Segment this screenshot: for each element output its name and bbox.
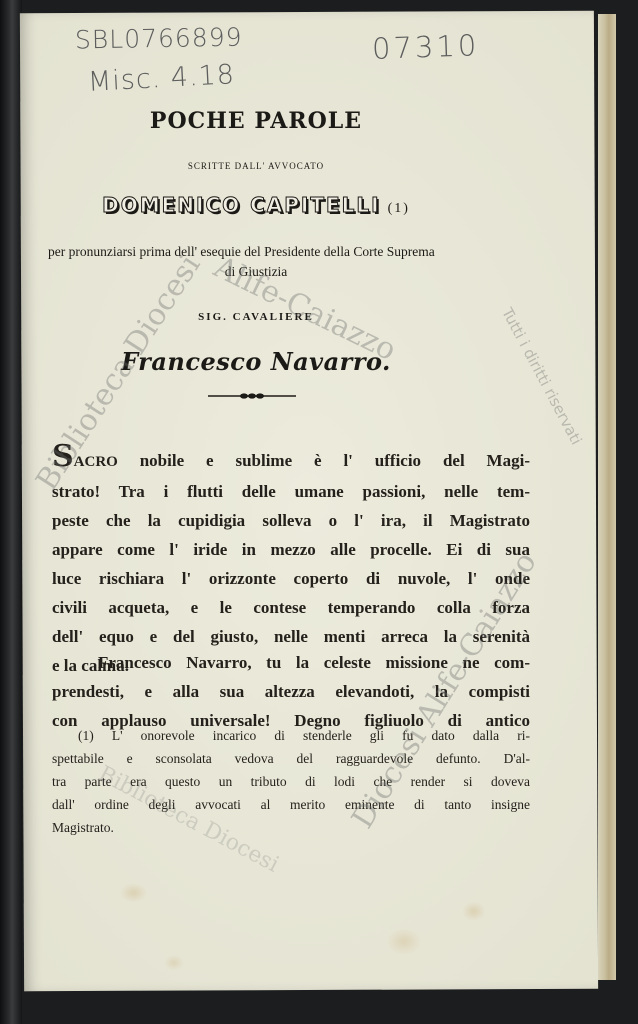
handwritten-shelfmark-id: SBL0766899 bbox=[75, 23, 243, 55]
handwritten-miscellanea: Misc. 4.18 bbox=[87, 59, 235, 98]
body-line: luce rischiara l' orizzonte coperto di n… bbox=[52, 564, 530, 593]
body-paragraph-2: Francesco Navarro, tu la celeste mission… bbox=[52, 648, 530, 735]
footnote-line: Magistrato. bbox=[52, 816, 530, 839]
footnote-line: (1) L' onorevole incarico di stenderle g… bbox=[52, 724, 530, 747]
occasion-line-2: di Giustizia bbox=[40, 264, 472, 280]
dropcap: S bbox=[52, 439, 74, 474]
body-line: civili acqueta, e le contese temperando … bbox=[52, 593, 530, 622]
footnote-line: dall' ordine degli avvocati al merito em… bbox=[52, 793, 530, 816]
body-line: appare come l' iride in mezzo alle proce… bbox=[52, 535, 530, 564]
body-line: peste che la cupidigia solleva o l' ira,… bbox=[52, 506, 530, 535]
page-content: SBL0766899 Misc. 4.18 07310 POCHE PAROLE… bbox=[0, 0, 638, 1024]
body-line: strato! Tra i flutti delle umane passion… bbox=[52, 477, 530, 506]
footnote-line: spettabile e sconsolata vedova del raggu… bbox=[52, 747, 530, 770]
footnote-line: tra parte era questo un tributo di lodi … bbox=[52, 770, 530, 793]
footnote: (1) L' onorevole incarico di stenderle g… bbox=[52, 724, 530, 839]
ornament-divider-icon bbox=[208, 393, 296, 399]
body-line: Francesco Navarro, tu la celeste mission… bbox=[52, 648, 530, 677]
body-line: dell' equo e del giusto, nelle menti arr… bbox=[52, 622, 530, 651]
body-paragraph-1: SACRO nobile e sublime è l' ufficio del … bbox=[52, 446, 530, 680]
honorific: SIG. CAVALIERE bbox=[40, 311, 472, 323]
dropcap-smallcaps: ACRO bbox=[74, 454, 118, 470]
author-footnote-ref: (1) bbox=[388, 201, 410, 216]
document-subtitle: SCRITTE DALL' AVVOCATO bbox=[40, 161, 472, 171]
author-name: DOMENICO CAPITELLI bbox=[102, 193, 380, 217]
document-title: POCHE PAROLE bbox=[40, 108, 472, 134]
body-line: prendesti, e alla sua altezza elevandoti… bbox=[52, 677, 530, 706]
occasion-line-1: per pronunziarsi prima dell' esequie del… bbox=[48, 244, 468, 260]
watermark-rights: Tutti i diritti riservati bbox=[498, 305, 585, 448]
body-line: SACRO nobile e sublime è l' ufficio del … bbox=[52, 446, 530, 477]
handwritten-number: 07310 bbox=[371, 28, 479, 66]
honoree-name: Francesco Navarro. bbox=[40, 347, 472, 376]
author-line: DOMENICO CAPITELLI (1) bbox=[40, 193, 472, 218]
